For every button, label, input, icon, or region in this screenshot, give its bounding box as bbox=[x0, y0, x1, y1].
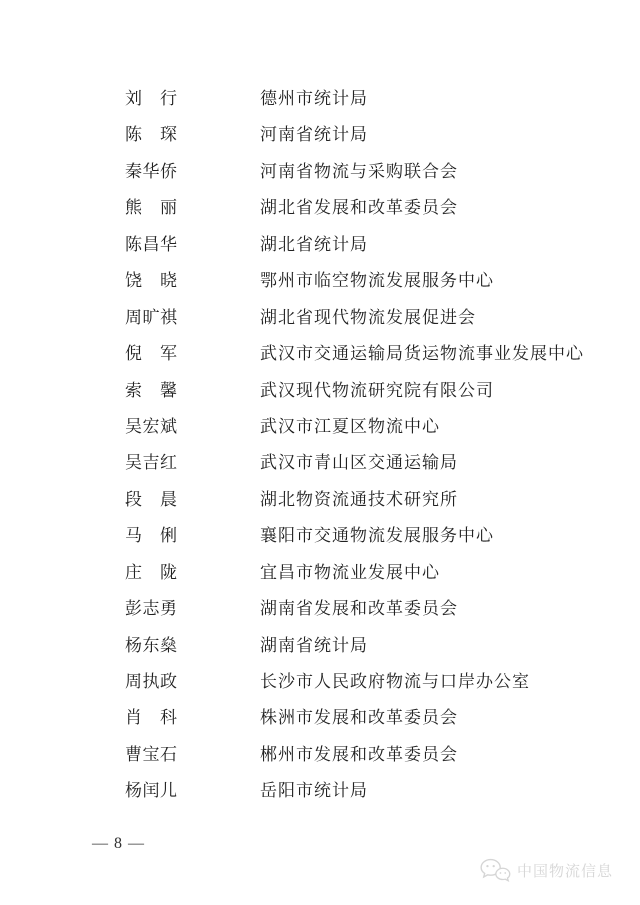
person-name: 曹宝石 bbox=[125, 740, 260, 765]
watermark-text: 中国物流信息 bbox=[517, 860, 613, 881]
roster-row: 陈 琛 河南省统计局 bbox=[0, 120, 640, 156]
page-number: — 8 — bbox=[92, 835, 145, 853]
person-name: 杨闰儿 bbox=[125, 776, 260, 801]
roster-row: 周执政 长沙市人民政府物流与口岸办公室 bbox=[0, 667, 640, 703]
person-name: 吴宏斌 bbox=[125, 412, 260, 437]
person-name: 周执政 bbox=[125, 667, 260, 692]
roster-row: 索 馨 武汉现代物流研究院有限公司 bbox=[0, 376, 640, 412]
roster-row: 吴吉红 武汉市青山区交通运输局 bbox=[0, 448, 640, 484]
person-name: 马 俐 bbox=[125, 521, 260, 546]
organization-name: 长沙市人民政府物流与口岸办公室 bbox=[260, 667, 640, 692]
person-name: 吴吉红 bbox=[125, 448, 260, 473]
roster-row: 熊 丽 湖北省发展和改革委员会 bbox=[0, 193, 640, 229]
roster-list: 刘 行 德州市统计局 陈 琛 河南省统计局 秦华侨 河南省物流与采购联合会 熊 … bbox=[0, 84, 640, 813]
person-name: 秦华侨 bbox=[125, 157, 260, 182]
person-name: 杨东燊 bbox=[125, 631, 260, 656]
organization-name: 湖南省统计局 bbox=[260, 631, 640, 656]
organization-name: 宜昌市物流业发展中心 bbox=[260, 558, 640, 583]
organization-name: 郴州市发展和改革委员会 bbox=[260, 740, 640, 765]
organization-name: 岳阳市统计局 bbox=[260, 776, 640, 801]
organization-name: 河南省物流与采购联合会 bbox=[260, 157, 640, 182]
organization-name: 湖南省发展和改革委员会 bbox=[260, 594, 640, 619]
roster-row: 曹宝石 郴州市发展和改革委员会 bbox=[0, 740, 640, 776]
organization-name: 武汉市交通运输局货运物流事业发展中心 bbox=[260, 339, 640, 364]
person-name: 庄 陇 bbox=[125, 558, 260, 583]
roster-row: 刘 行 德州市统计局 bbox=[0, 84, 640, 120]
organization-name: 武汉市青山区交通运输局 bbox=[260, 448, 640, 473]
person-name: 熊 丽 bbox=[125, 193, 260, 218]
roster-row: 马 俐 襄阳市交通物流发展服务中心 bbox=[0, 521, 640, 557]
person-name: 刘 行 bbox=[125, 84, 260, 109]
roster-row: 饶 晓 鄂州市临空物流发展服务中心 bbox=[0, 266, 640, 302]
organization-name: 鄂州市临空物流发展服务中心 bbox=[260, 266, 640, 291]
organization-name: 河南省统计局 bbox=[260, 120, 640, 145]
roster-row: 倪 军 武汉市交通运输局货运物流事业发展中心 bbox=[0, 339, 640, 375]
roster-row: 周旷祺 湖北省现代物流发展促进会 bbox=[0, 303, 640, 339]
person-name: 倪 军 bbox=[125, 339, 260, 364]
roster-row: 陈昌华 湖北省统计局 bbox=[0, 230, 640, 266]
organization-name: 武汉现代物流研究院有限公司 bbox=[260, 376, 640, 401]
organization-name: 德州市统计局 bbox=[260, 84, 640, 109]
roster-row: 杨东燊 湖南省统计局 bbox=[0, 631, 640, 667]
person-name: 肖 科 bbox=[125, 703, 260, 728]
document-page: 刘 行 德州市统计局 陈 琛 河南省统计局 秦华侨 河南省物流与采购联合会 熊 … bbox=[0, 0, 640, 905]
roster-row: 肖 科 株洲市发展和改革委员会 bbox=[0, 703, 640, 739]
wechat-icon bbox=[479, 857, 511, 883]
person-name: 彭志勇 bbox=[125, 594, 260, 619]
roster-row: 吴宏斌 武汉市江夏区物流中心 bbox=[0, 412, 640, 448]
person-name: 陈 琛 bbox=[125, 120, 260, 145]
organization-name: 湖北省发展和改革委员会 bbox=[260, 193, 640, 218]
organization-name: 湖北省统计局 bbox=[260, 230, 640, 255]
organization-name: 湖北省现代物流发展促进会 bbox=[260, 303, 640, 328]
organization-name: 襄阳市交通物流发展服务中心 bbox=[260, 521, 640, 546]
person-name: 饶 晓 bbox=[125, 266, 260, 291]
roster-row: 段 晨 湖北物资流通技术研究所 bbox=[0, 485, 640, 521]
person-name: 周旷祺 bbox=[125, 303, 260, 328]
person-name: 索 馨 bbox=[125, 376, 260, 401]
roster-row: 彭志勇 湖南省发展和改革委员会 bbox=[0, 594, 640, 630]
organization-name: 武汉市江夏区物流中心 bbox=[260, 412, 640, 437]
organization-name: 湖北物资流通技术研究所 bbox=[260, 485, 640, 510]
organization-name: 株洲市发展和改革委员会 bbox=[260, 703, 640, 728]
roster-row: 秦华侨 河南省物流与采购联合会 bbox=[0, 157, 640, 193]
roster-row: 庄 陇 宜昌市物流业发展中心 bbox=[0, 558, 640, 594]
roster-row: 杨闰儿 岳阳市统计局 bbox=[0, 776, 640, 812]
watermark: 中国物流信息 bbox=[479, 857, 613, 883]
person-name: 段 晨 bbox=[125, 485, 260, 510]
person-name: 陈昌华 bbox=[125, 230, 260, 255]
